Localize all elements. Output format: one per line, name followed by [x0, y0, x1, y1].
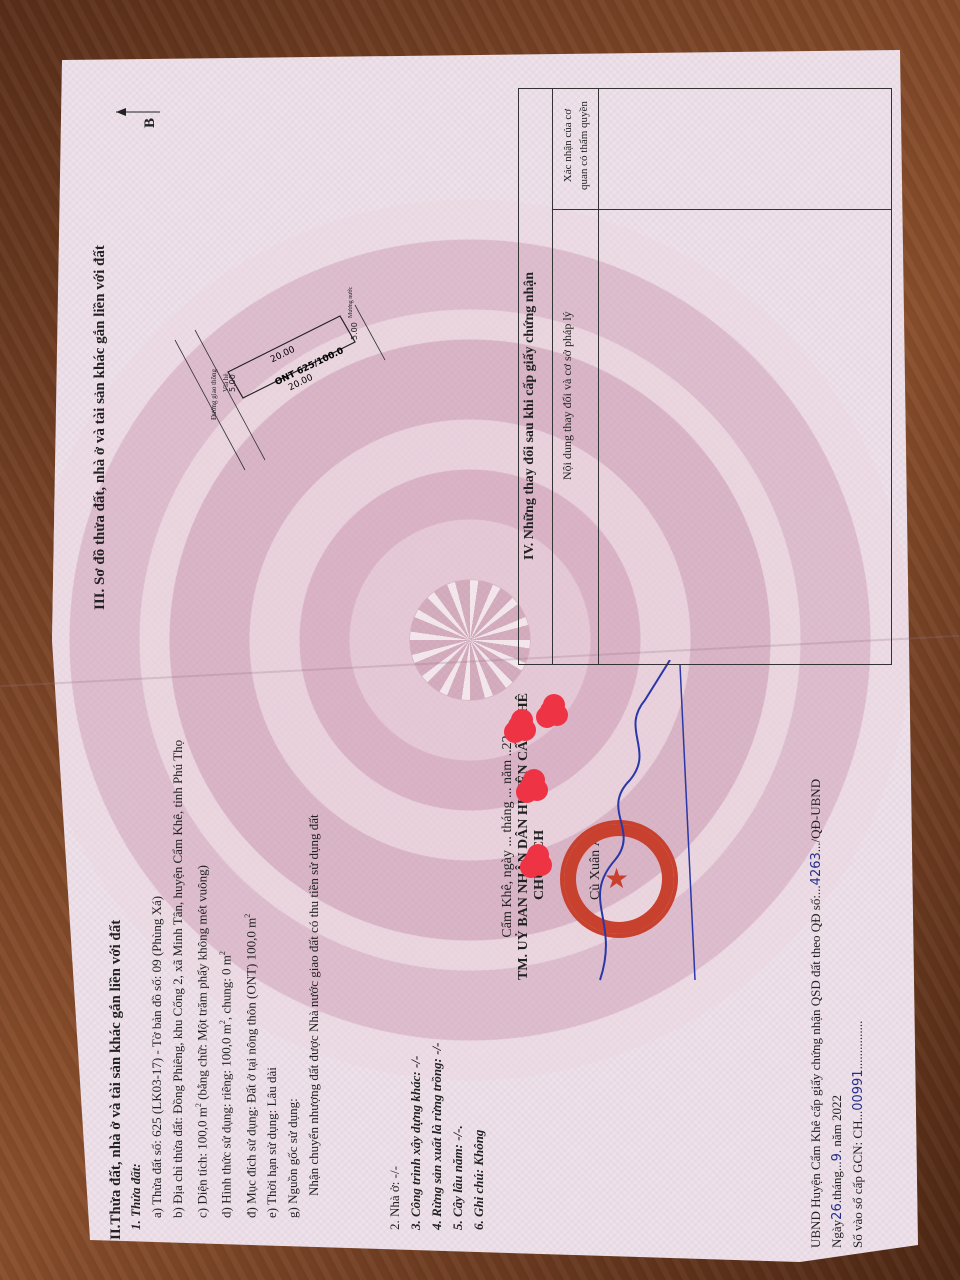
section-2-land-info: II.Thửa đất, nhà ở và tài sản khác gắn l…	[108, 60, 489, 1240]
plot-side-right: 5.00	[350, 322, 359, 340]
ditch-label: Mương nước	[348, 287, 354, 318]
land-plot-diagram	[170, 300, 400, 480]
parcel-area: c) Diện tích: 100,0 m2 (bằng chữ: Một tr…	[188, 60, 212, 1240]
redaction-mark	[524, 850, 546, 872]
forest-item: 4. Rừng sản xuất là rừng trồng: -/-	[426, 60, 447, 1240]
usage-origin-detail: Nhận chuyển nhượng đất được Nhà nước gia…	[303, 60, 324, 1240]
perennial-tree-item: 5. Cây lâu năm: -/-.	[447, 60, 468, 1240]
authority-confirmation-header: Xác nhận của cơ quan có thẩm quyền	[560, 101, 592, 190]
section-2-sub-land: 1. Thửa đất:	[125, 60, 146, 1240]
plot-side-left: 5.00	[228, 374, 237, 392]
register-number: Số vào sổ cấp GCN: CH...00991...........…	[848, 779, 869, 1248]
signer-role: CHỦ TỊCH	[532, 693, 548, 980]
redaction-mark	[540, 700, 562, 722]
section-4-title: IV. Những thay đổi sau khi cấp giấy chứn…	[522, 272, 538, 560]
usage-purpose: đ) Mục đích sử dụng: Đất ở tại nông thôn…	[237, 60, 261, 1240]
issuance-date: Ngày26.tháng...9. năm 2022	[827, 779, 848, 1248]
usage-form: d) Hình thức sử dụng: riêng: 100,0 m2, c…	[212, 60, 236, 1240]
house-item: 2. Nhà ở: -/-	[384, 60, 405, 1240]
issuance-decision: UBND Huyện Cẩm Khê cấp giấy chứng nhận Q…	[806, 779, 827, 1248]
redaction-mark	[520, 775, 542, 797]
parcel-number: a) Thửa đất số: 625 (LK03-17) - Tờ bản đ…	[146, 60, 167, 1240]
parcel-address: b) Địa chỉ thửa đất: Đồng Phiêng, khu Cố…	[167, 60, 188, 1240]
issuance-note: UBND Huyện Cẩm Khê cấp giấy chứng nhận Q…	[806, 779, 869, 1248]
road-label: Đường giao thông	[210, 369, 218, 420]
north-label: B	[142, 118, 159, 128]
other-construction-item: 3. Công trình xây dựng khác: -/-	[405, 60, 426, 1240]
section-4-row-divider	[552, 209, 891, 210]
changes-content-header: Nội dung thay đổi và cơ sở pháp lý	[560, 311, 575, 480]
section-3-title: III. Sơ đồ thửa đất, nhà ở và tài sản kh…	[92, 245, 109, 610]
usage-origin: g) Nguồn gốc sử dụng:	[282, 60, 303, 1240]
redaction-mark	[508, 715, 530, 737]
section-2-title: II.Thửa đất, nhà ở và tài sản khác gắn l…	[108, 60, 125, 1240]
note-item: 6. Ghi chú: Không	[468, 60, 489, 1240]
handwritten-signature	[560, 660, 700, 990]
usage-term: e) Thời hạn sử dụng: Lâu dài	[261, 60, 282, 1240]
